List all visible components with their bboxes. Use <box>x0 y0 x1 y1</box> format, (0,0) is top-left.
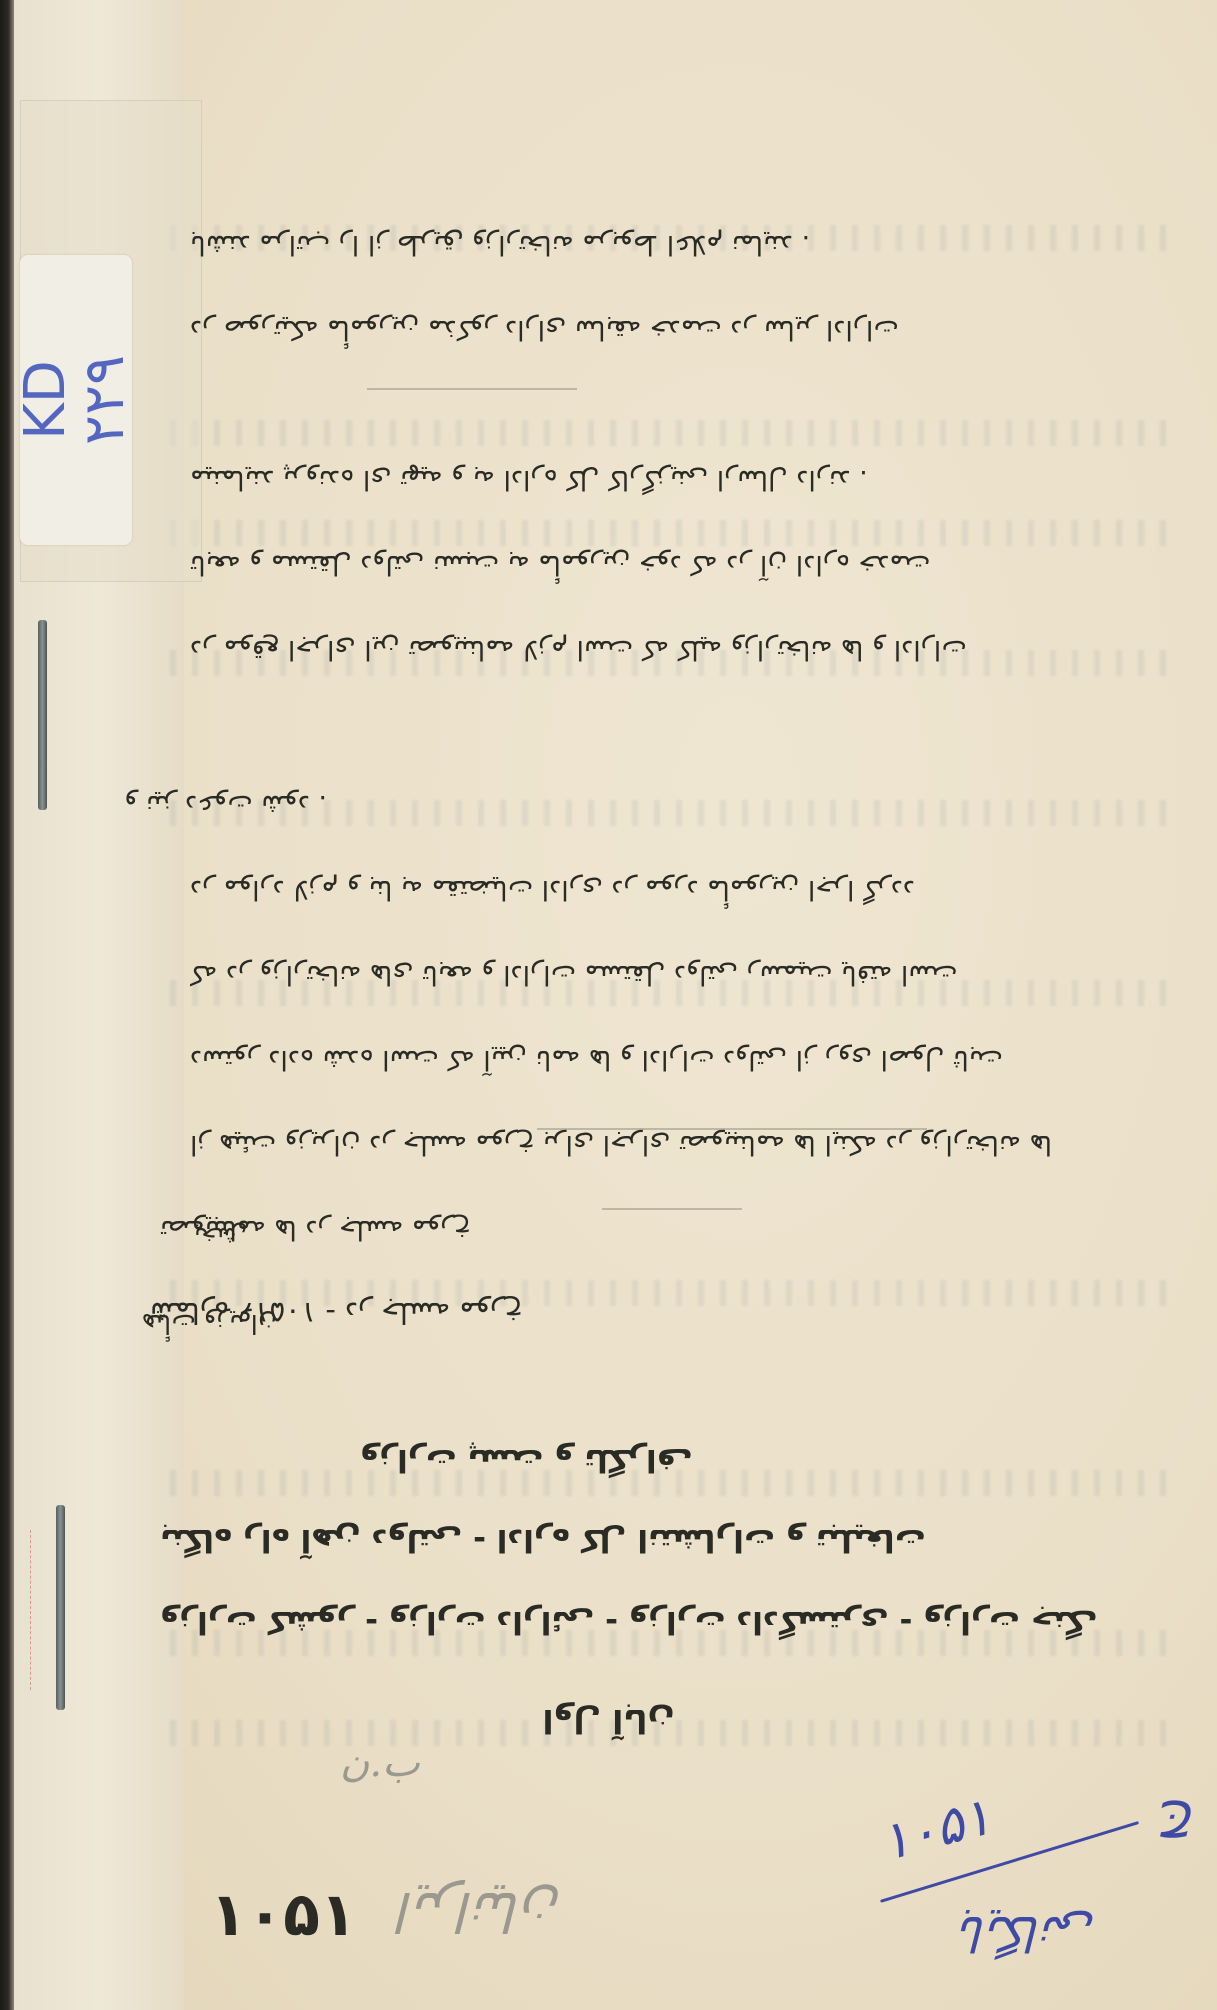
body-line-9: در صورتیکه مأمورین مذکور دارای سابقه خدم… <box>190 314 899 345</box>
body-line-7: تابعه و مستقل دولتی نسبت به مأمورین خود … <box>190 549 930 580</box>
underline-rule <box>537 1128 927 1130</box>
printed-text-block: اول آبان وزارت کشور - وزارت دارائی - وزا… <box>0 0 1217 2010</box>
body-line-5: و نیز دعوت شود . <box>124 789 327 820</box>
ministries-line-3: وزارت پست و تلگراف <box>360 1442 693 1478</box>
body-line-1: از هیئت وزیران در جلسه مورخ برای اجرای ت… <box>190 1129 1052 1160</box>
body-line-2: دستور داده شده است که آیین نامه ها و ادا… <box>190 1044 1003 1075</box>
body-line-4: در موارد لازم و بنا به مقتضیات اداری در … <box>190 874 915 905</box>
side-label-cabinet: هیأت وزیران <box>142 1308 277 1338</box>
body-line-8: مینمایند پرونده ای تهیه و به اداره کل کا… <box>190 464 868 495</box>
pencil-note-bottom: ایرانیان <box>400 1880 562 1943</box>
underline-rule <box>602 1208 742 1210</box>
body-line-10: باشند مراتب را از طریق وزارتخانه مربوط ا… <box>190 229 810 260</box>
ministries-line-2: بنگاه راه آهن دولتی - اداره کل انتشارات … <box>160 1522 926 1558</box>
ministries-line-1: وزارت کشور - وزارت دارائی - وزارت دادگست… <box>160 1604 1097 1640</box>
page-number: ۱۰۵۱ <box>210 1880 356 1950</box>
underline-rule <box>367 388 577 390</box>
blue-ink-note-signature: بایگانی <box>960 1905 1096 1961</box>
body-line-6: در موقع اجرای این تصویبنامه لازم است که … <box>190 634 967 665</box>
date-line: اول آبان <box>0 1702 1217 1740</box>
subject-line: تصویبنامه ها در جلسه مورخ <box>160 1214 471 1245</box>
blue-ink-note-initial: ج <box>1160 1800 1196 1865</box>
body-line-3: که در وزارتخانه های تابعه و ادارات مستقل… <box>190 959 958 990</box>
pencil-note-top: ب.ن <box>340 1740 420 1786</box>
